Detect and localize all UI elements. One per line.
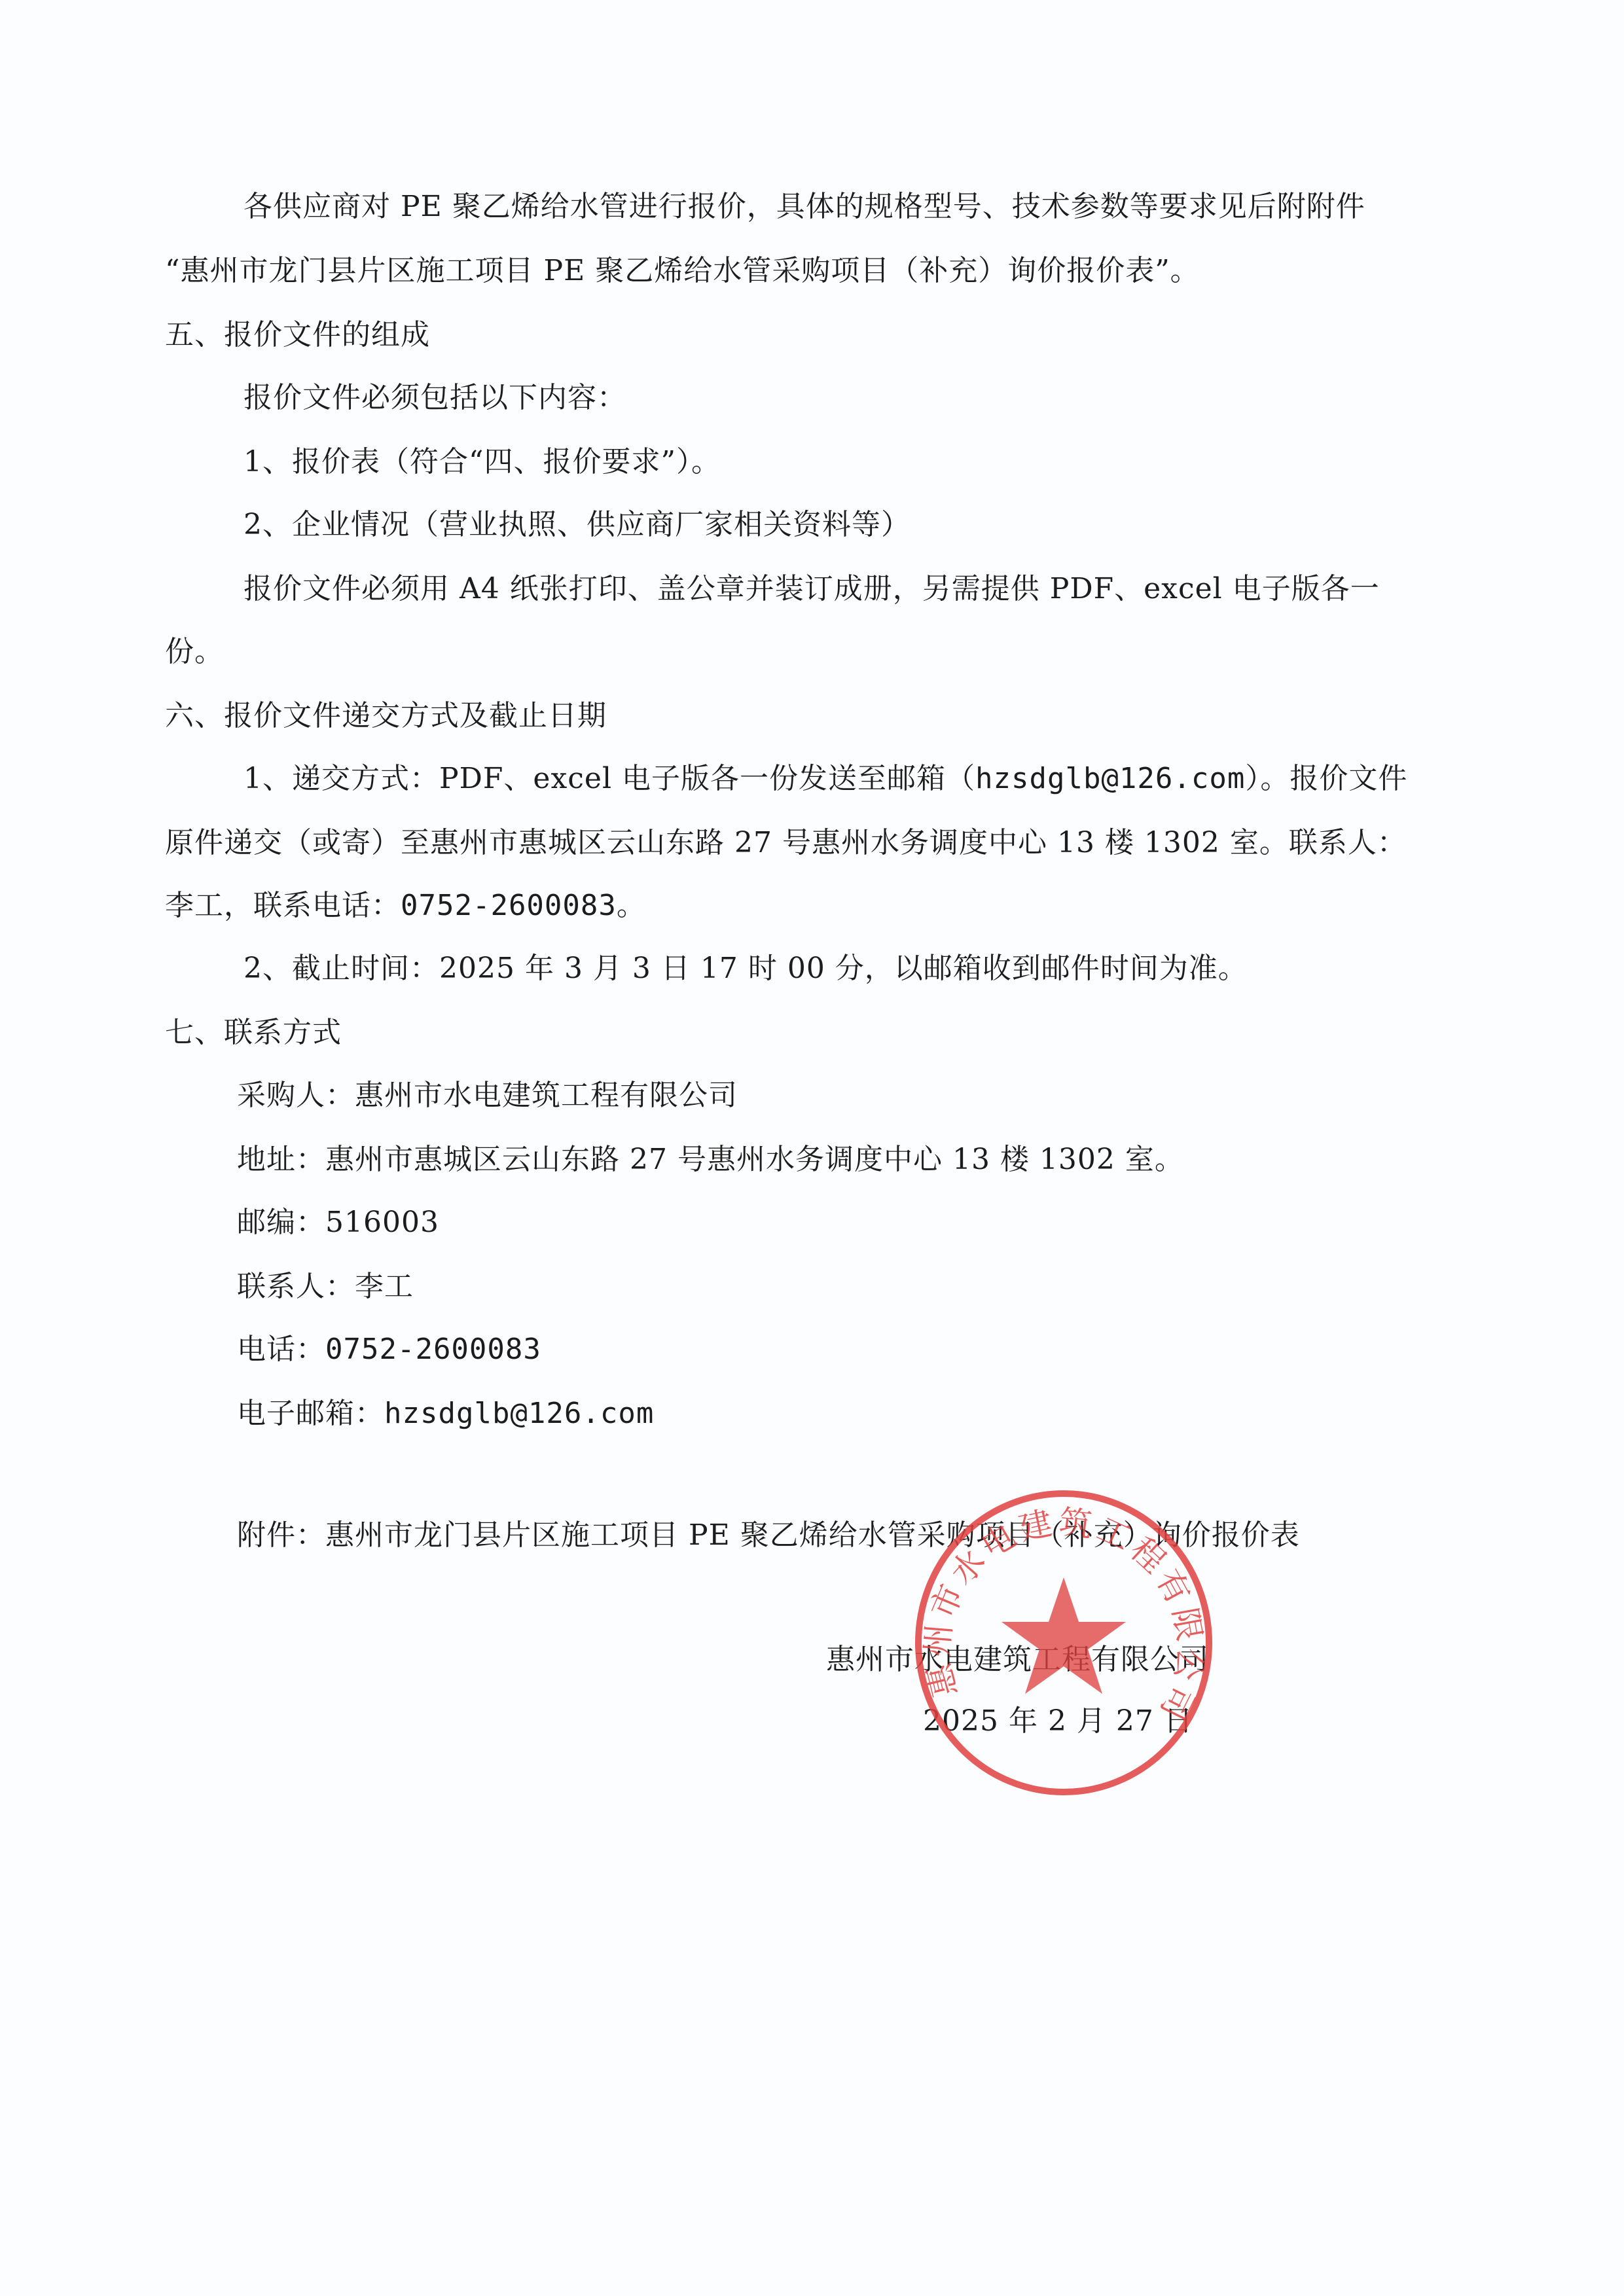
section-6-heading: 六、报价文件递交方式及截止日期 [165,696,607,736]
address-value: 惠州市惠城区云山东路 27 号惠州水务调度中心 13 楼 1302 室。 [325,1143,1184,1176]
section-6-item-1-line-3: 李工，联系电话：0752-2600083。 [165,886,646,925]
email-link[interactable]: hzsdglb@126.com [384,1397,654,1430]
address-label: 地址： [237,1143,325,1176]
email-row: 电子邮箱：hzsdglb@126.com [237,1394,654,1433]
submission-phone: 0752-2600083 [401,889,617,922]
submission-email-link[interactable]: hzsdglb@126.com [975,762,1245,795]
section-5-note-line-2: 份。 [165,632,224,672]
address-row: 地址：惠州市惠城区云山东路 27 号惠州水务调度中心 13 楼 1302 室。 [237,1140,1184,1179]
contact-value: 李工 [355,1270,414,1303]
section-5-lead: 报价文件必须包括以下内容： [244,378,626,418]
contact-row: 联系人：李工 [237,1267,414,1306]
phone-value: 0752-2600083 [325,1333,541,1366]
purchaser-value: 惠州市水电建筑工程有限公司 [355,1079,738,1112]
section-6-item-1-prefix: 1、递交方式：PDF、excel 电子版各一份发送至邮箱（ [244,762,975,795]
intro-line-1: 各供应商对 PE 聚乙烯给水管进行报价，具体的规格型号、技术参数等要求见后附附件 [244,187,1365,226]
attachment-note: 附件：惠州市龙门县片区施工项目 PE 聚乙烯给水管采购项目（补充）询价报价表 [237,1516,1300,1555]
contact-label: 联系人： [237,1270,355,1303]
section-7-heading: 七、联系方式 [165,1013,342,1052]
intro-line-2: “惠州市龙门县片区施工项目 PE 聚乙烯给水管采购项目（补充）询价报价表”。 [165,251,1200,291]
document-page: 各供应商对 PE 聚乙烯给水管进行报价，具体的规格型号、技术参数等要求见后附附件… [0,0,1624,2296]
section-6-item-1-line-3-suffix: 。 [617,889,646,922]
section-6-item-1-line-2: 原件递交（或寄）至惠州市惠城区云山东路 27 号惠州水务调度中心 13 楼 13… [165,823,1407,863]
email-label: 电子邮箱： [237,1397,384,1430]
purchaser-row: 采购人：惠州市水电建筑工程有限公司 [237,1076,738,1115]
postcode-label: 邮编： [237,1206,325,1239]
phone-label: 电话： [237,1333,325,1366]
section-5-item-1: 1、报价表（符合“四、报价要求”）。 [244,442,721,482]
section-5-note-line-1: 报价文件必须用 A4 纸张打印、盖公章并装订成册，另需提供 PDF、excel … [244,569,1380,609]
section-6-item-2: 2、截止时间：2025 年 3 月 3 日 17 时 00 分，以邮箱收到邮件时… [244,949,1248,988]
postcode-row: 邮编：516003 [237,1203,439,1242]
section-5-item-2: 2、企业情况（营业执照、供应商厂家相关资料等） [244,505,911,545]
signature-date: 2025 年 2 月 27 日 [923,1702,1193,1741]
phone-row: 电话：0752-2600083 [237,1330,541,1369]
section-5-heading: 五、报价文件的组成 [165,315,430,355]
signature-company: 惠州市水电建筑工程有限公司 [826,1640,1209,1679]
section-6-item-1-line-3-prefix: 李工，联系电话： [165,889,401,922]
section-6-item-1-suffix: ）。报价文件 [1245,762,1407,795]
postcode-value: 516003 [325,1206,439,1239]
purchaser-label: 采购人： [237,1079,355,1112]
section-6-item-1-line-1: 1、递交方式：PDF、excel 电子版各一份发送至邮箱（hzsdglb@126… [244,759,1407,798]
